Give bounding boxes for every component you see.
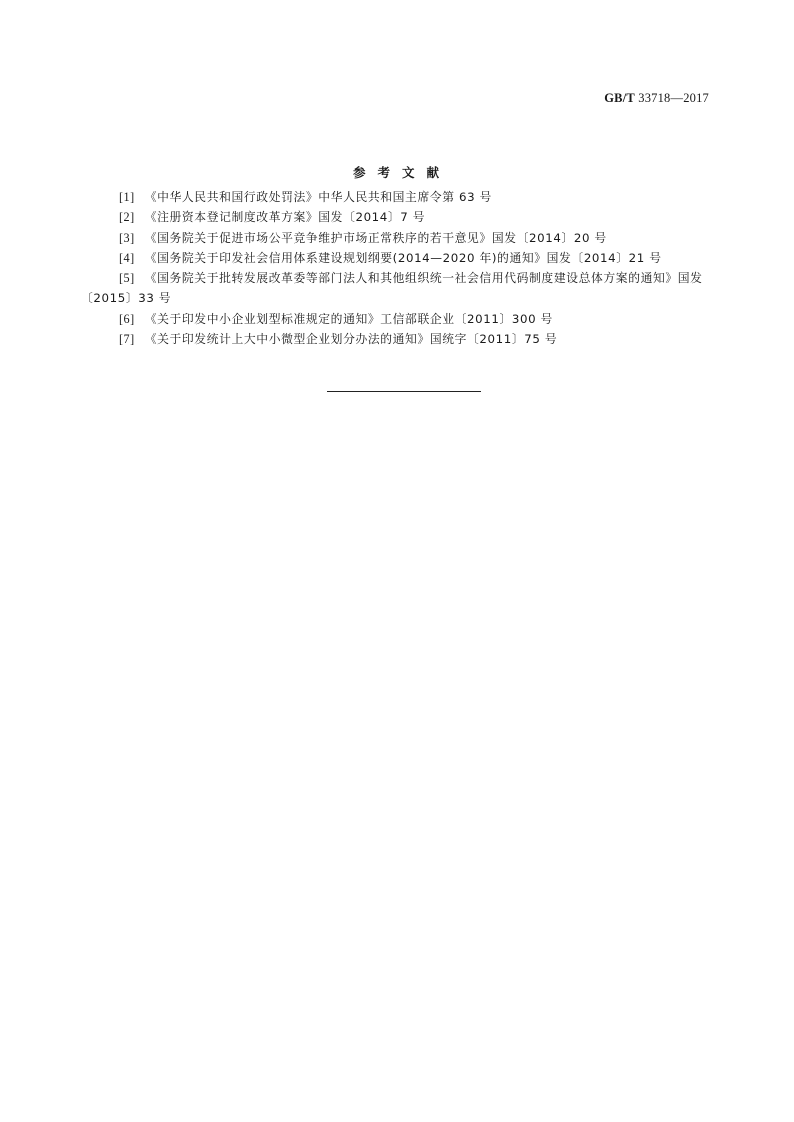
reference-number: [5] <box>119 271 135 285</box>
reference-text: 《关于印发统计上大中小微型企业划分办法的通知》国统字〔2011〕75 号 <box>145 332 558 346</box>
reference-item: [7]《关于印发统计上大中小微型企业划分办法的通知》国统字〔2011〕75 号 <box>81 329 709 349</box>
reference-text: 《国务院关于印发社会信用体系建设规划纲要(2014—2020 年)的通知》国发〔… <box>145 251 662 265</box>
reference-number: [7] <box>119 332 135 346</box>
reference-text: 《中华人民共和国行政处罚法》中华人民共和国主席令第 63 号 <box>145 190 492 204</box>
reference-item: [1]《中华人民共和国行政处罚法》中华人民共和国主席令第 63 号 <box>81 187 709 207</box>
standard-number: 33718—2017 <box>638 91 709 105</box>
reference-text: 《注册资本登记制度改革方案》国发〔2014〕7 号 <box>145 210 425 224</box>
reference-number: [6] <box>119 312 135 326</box>
reference-number: [3] <box>119 231 135 245</box>
reference-item: [3]《国务院关于促进市场公平竞争维护市场正常秩序的若干意见》国发〔2014〕2… <box>81 228 709 248</box>
standard-prefix: GB/T <box>604 91 635 105</box>
reference-list: [1]《中华人民共和国行政处罚法》中华人民共和国主席令第 63 号 [2]《注册… <box>81 187 709 349</box>
standard-code: GB/T 33718—2017 <box>604 91 709 106</box>
reference-item: [2]《注册资本登记制度改革方案》国发〔2014〕7 号 <box>81 207 709 227</box>
reference-number: [1] <box>119 190 135 204</box>
reference-text: 《国务院关于批转发展改革委等部门法人和其他组织统一社会信用代码制度建设总体方案的… <box>81 271 703 305</box>
section-title: 参考文献 <box>0 163 794 181</box>
reference-text: 《关于印发中小企业划型标准规定的通知》工信部联企业〔2011〕300 号 <box>145 312 553 326</box>
reference-item: [4]《国务院关于印发社会信用体系建设规划纲要(2014—2020 年)的通知》… <box>81 248 709 268</box>
end-of-document-rule <box>327 391 481 392</box>
reference-number: [4] <box>119 251 135 265</box>
reference-item: [5]《国务院关于批转发展改革委等部门法人和其他组织统一社会信用代码制度建设总体… <box>81 268 709 309</box>
reference-number: [2] <box>119 210 135 224</box>
reference-text: 《国务院关于促进市场公平竞争维护市场正常秩序的若干意见》国发〔2014〕20 号 <box>145 231 607 245</box>
reference-item: [6]《关于印发中小企业划型标准规定的通知》工信部联企业〔2011〕300 号 <box>81 309 709 329</box>
